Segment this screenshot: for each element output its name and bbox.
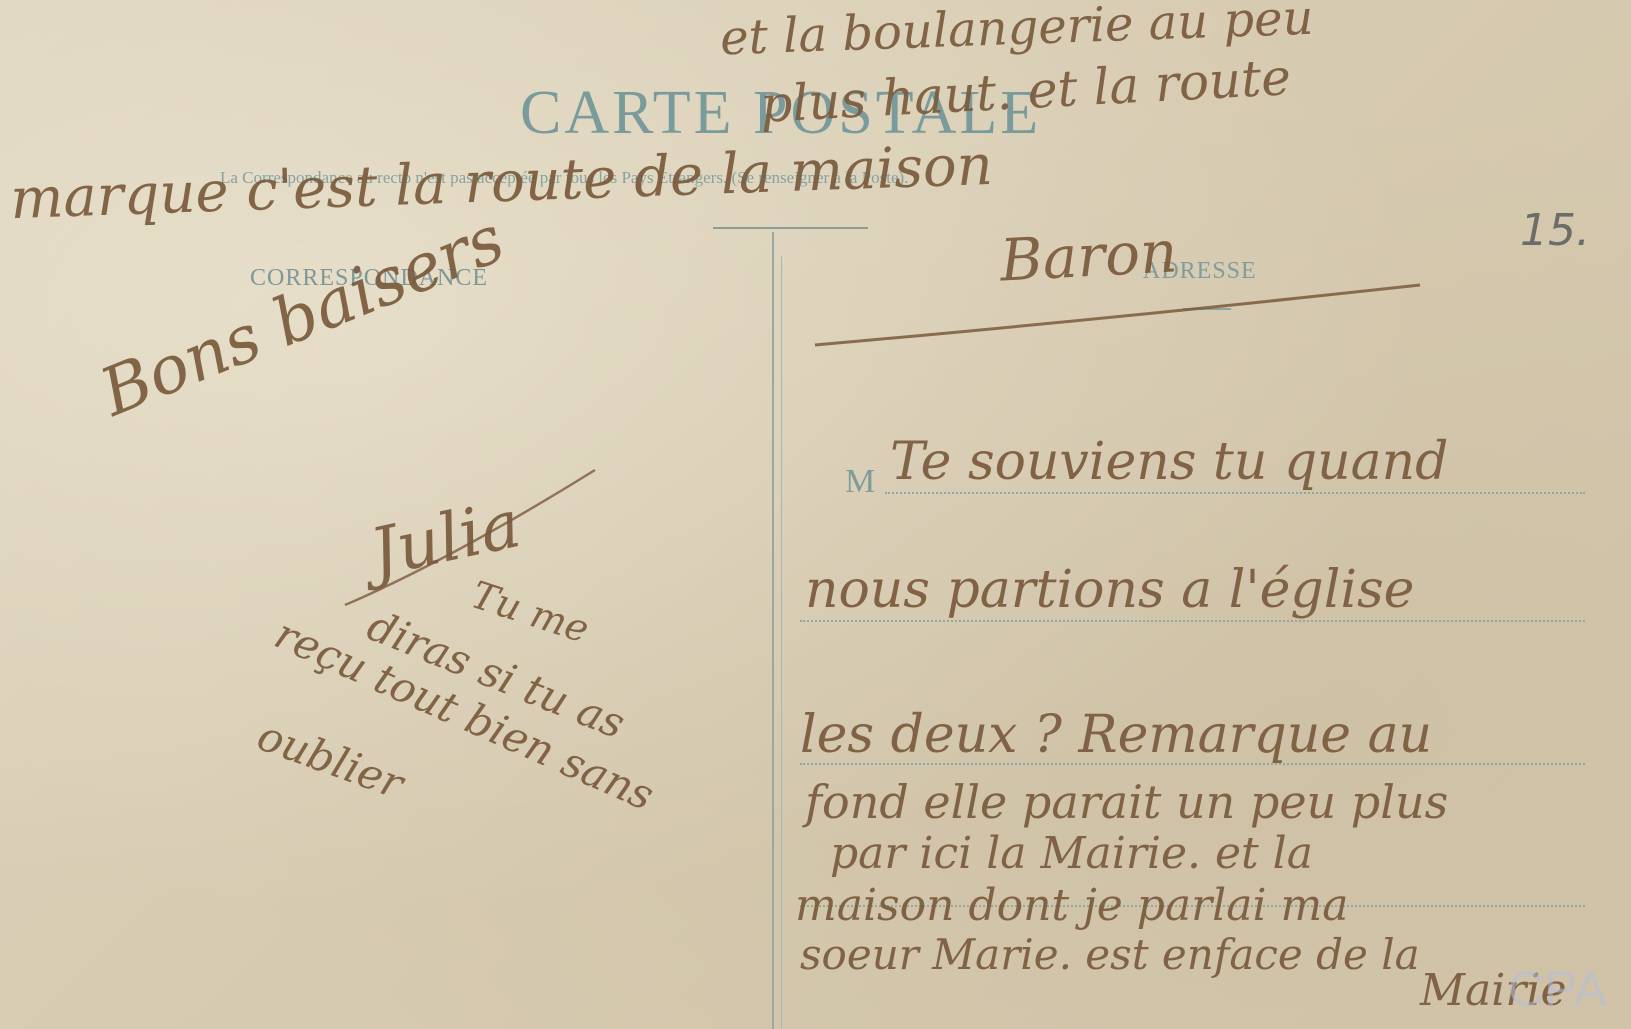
pen-flourishes	[0, 0, 1631, 1029]
cpa-watermark: CPA	[1508, 960, 1607, 1018]
postcard-back: CARTE POSTALE La Correspondance au recto…	[0, 0, 1631, 1029]
